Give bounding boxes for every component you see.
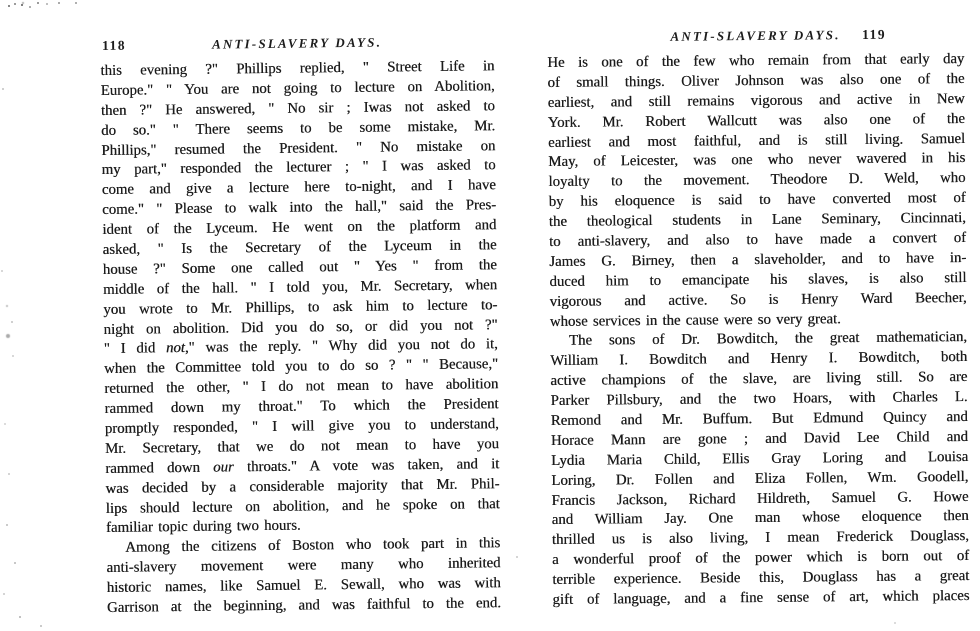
left-page-body: this evening ?" Phillips replied, " Stre… [100, 57, 501, 619]
scan-noise-speckles [8, 5, 10, 7]
left-running-head: ANTI-SLAVERY DAYS. [100, 33, 494, 54]
right-running-head: ANTI-SLAVERY DAYS. [547, 26, 964, 46]
right-page-number: 119 [862, 27, 886, 43]
left-page-number: 118 [102, 38, 126, 54]
right-page-header: 119 ANTI-SLAVERY DAYS. [547, 26, 964, 47]
left-page-header: 118 ANTI-SLAVERY DAYS. [100, 33, 494, 55]
right-page-body: He is one of the few who remain from tha… [547, 50, 969, 611]
left-page: 118 ANTI-SLAVERY DAYS. this evening ?" P… [100, 33, 501, 619]
text-line: Garrison at the beginning, and was faith… [107, 594, 501, 619]
right-page: 119 ANTI-SLAVERY DAYS. He is one of the … [547, 26, 970, 611]
text-line: vigorous and active. So is Henry Ward Be… [550, 289, 967, 313]
text-line: gift of language, and a fine sense of ar… [552, 587, 969, 611]
